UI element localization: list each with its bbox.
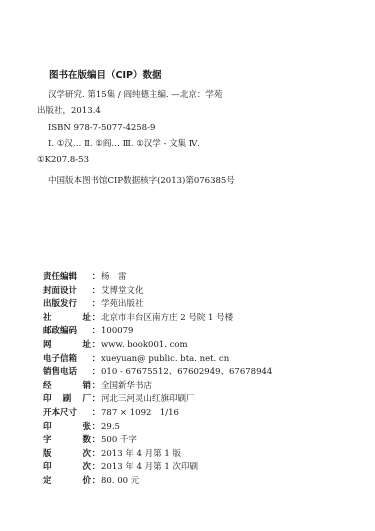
colophon-value: 北京市丰台区南方庄 2 号院 1 号楼 — [101, 312, 233, 326]
colophon-row: 字数：500 千字 — [43, 434, 272, 448]
label-char: 定 — [43, 475, 52, 489]
label-char: 印 — [43, 461, 52, 475]
colophon-row: 经销：全国新华书店 — [43, 380, 272, 394]
colophon-row: 邮政编码：100079 — [43, 325, 272, 339]
label-char: 次 — [82, 461, 91, 475]
colon-separator: ： — [91, 366, 101, 380]
colophon-value: 010 - 67675512、67602949、67678944 — [101, 366, 272, 380]
colon-separator: ： — [91, 448, 101, 462]
label-char: 责任编辑 — [43, 271, 77, 285]
colophon-row: 封面设计：艾博堂文化 — [43, 285, 272, 299]
colophon-label: 印刷厂 — [43, 393, 91, 407]
label-char: 电子信箱 — [43, 353, 77, 367]
colophon-value: 100079 — [101, 325, 133, 339]
colon-separator: ： — [91, 461, 101, 475]
colophon-label: 邮政编码 — [43, 325, 91, 339]
colophon-value: 学苑出版社 — [101, 298, 144, 312]
colophon-row: 电子信箱：xueyuan@ public. bta. net. cn — [43, 353, 272, 367]
colophon: 责任编辑：杨 雷封面设计：艾博堂文化出版发行：学苑出版社社址：北京市丰台区南方庄… — [43, 271, 272, 489]
colophon-value: 2013 年 4 月第 1 次印刷 — [101, 461, 198, 475]
colophon-label: 出版发行 — [43, 298, 91, 312]
cip-note: 中国版本图书馆CIP数据核字(2013)第076385号 — [37, 173, 337, 189]
label-char: 版 — [43, 448, 52, 462]
colophon-row: 出版发行：学苑出版社 — [43, 298, 272, 312]
colophon-label: 印次 — [43, 461, 91, 475]
colophon-value: 500 千字 — [101, 434, 137, 448]
colophon-value: 80. 00 元 — [101, 475, 139, 489]
label-char: 出版发行 — [43, 298, 77, 312]
colophon-value: 29.5 — [101, 421, 120, 435]
colophon-row: 版次：2013 年 4 月第 1 版 — [43, 448, 272, 462]
colon-separator: ： — [91, 407, 101, 421]
label-char: 印 — [43, 421, 52, 435]
colophon-row: 开本尺寸：787 × 1092 1/16 — [43, 407, 272, 421]
colophon-label: 开本尺寸 — [43, 407, 91, 421]
colon-separator: ： — [91, 353, 101, 367]
colon-separator: ： — [91, 325, 101, 339]
label-char: 封面设计 — [43, 285, 77, 299]
colophon-value: 全国新华书店 — [101, 380, 152, 394]
label-char: 址 — [82, 339, 91, 353]
label-char: 刷 — [63, 393, 72, 407]
colophon-row: 印次：2013 年 4 月第 1 次印刷 — [43, 461, 272, 475]
colophon-label: 经销 — [43, 380, 91, 394]
label-char: 开本尺寸 — [43, 407, 77, 421]
colophon-label: 版次 — [43, 448, 91, 462]
cip-line: 汉学研究. 第15集 / 阎纯德主编. —北京：学苑 — [37, 87, 337, 103]
label-char: 销 — [82, 380, 91, 394]
colophon-value: 艾博堂文化 — [101, 285, 144, 299]
colon-separator: ： — [91, 339, 101, 353]
label-char: 址 — [82, 312, 91, 326]
colophon-label: 销售电话 — [43, 366, 91, 380]
colophon-row: 责任编辑：杨 雷 — [43, 271, 272, 285]
cip-title: 图书在版编目（CIP）数据 — [49, 68, 337, 84]
colon-separator: ： — [91, 421, 101, 435]
colon-separator: ： — [91, 285, 101, 299]
label-char: 印 — [43, 393, 52, 407]
label-char: 字 — [43, 434, 52, 448]
label-char: 网 — [43, 339, 52, 353]
colon-separator: ： — [91, 271, 101, 285]
label-char: 销售电话 — [43, 366, 77, 380]
colophon-label: 定价 — [43, 475, 91, 489]
colophon-row: 网址：www. book001. com — [43, 339, 272, 353]
colon-separator: ： — [91, 393, 101, 407]
cip-isbn: ISBN 978-7-5077-4258-9 — [37, 120, 337, 136]
colophon-label: 电子信箱 — [43, 353, 91, 367]
label-char: 数 — [82, 434, 91, 448]
label-char: 经 — [43, 380, 52, 394]
label-char: 次 — [82, 448, 91, 462]
colophon-row: 销售电话：010 - 67675512、67602949、67678944 — [43, 366, 272, 380]
cip-line: 出版社，2013.4 — [37, 103, 337, 119]
colophon-label: 社址 — [43, 312, 91, 326]
label-char: 张 — [82, 421, 91, 435]
colophon-value: 2013 年 4 月第 1 版 — [101, 448, 181, 462]
colophon-label: 印张 — [43, 421, 91, 435]
colon-separator: ： — [91, 380, 101, 394]
colophon-row: 印张：29.5 — [43, 421, 272, 435]
colophon-label: 责任编辑 — [43, 271, 91, 285]
label-char: 社 — [43, 312, 52, 326]
label-char: 厂 — [82, 393, 91, 407]
colon-separator: ： — [91, 475, 101, 489]
colophon-value: www. book001. com — [101, 339, 188, 353]
colophon-row: 社址：北京市丰台区南方庄 2 号院 1 号楼 — [43, 312, 272, 326]
colophon-value: 杨 雷 — [101, 271, 127, 285]
colophon-label: 网址 — [43, 339, 91, 353]
colophon-label: 字数 — [43, 434, 91, 448]
colophon-value: 河北三河灵山红旗印刷厂 — [101, 393, 195, 407]
colophon-value: 787 × 1092 1/16 — [101, 407, 179, 421]
colophon-value: xueyuan@ public. bta. net. cn — [101, 353, 229, 367]
colon-separator: ： — [91, 298, 101, 312]
cip-block: 图书在版编目（CIP）数据 汉学研究. 第15集 / 阎纯德主编. —北京：学苑… — [37, 68, 337, 189]
label-char: 价 — [82, 475, 91, 489]
cip-line: Ⅰ. ①汉… Ⅱ. ①阎… Ⅲ. ①汉学 - 文集 Ⅳ. — [37, 136, 337, 152]
cip-line: ①K207.8-53 — [37, 152, 337, 168]
colophon-row: 定价：80. 00 元 — [43, 475, 272, 489]
colophon-label: 封面设计 — [43, 285, 91, 299]
label-char: 邮政编码 — [43, 325, 77, 339]
colon-separator: ： — [91, 312, 101, 326]
colon-separator: ： — [91, 434, 101, 448]
colophon-row: 印刷厂：河北三河灵山红旗印刷厂 — [43, 393, 272, 407]
